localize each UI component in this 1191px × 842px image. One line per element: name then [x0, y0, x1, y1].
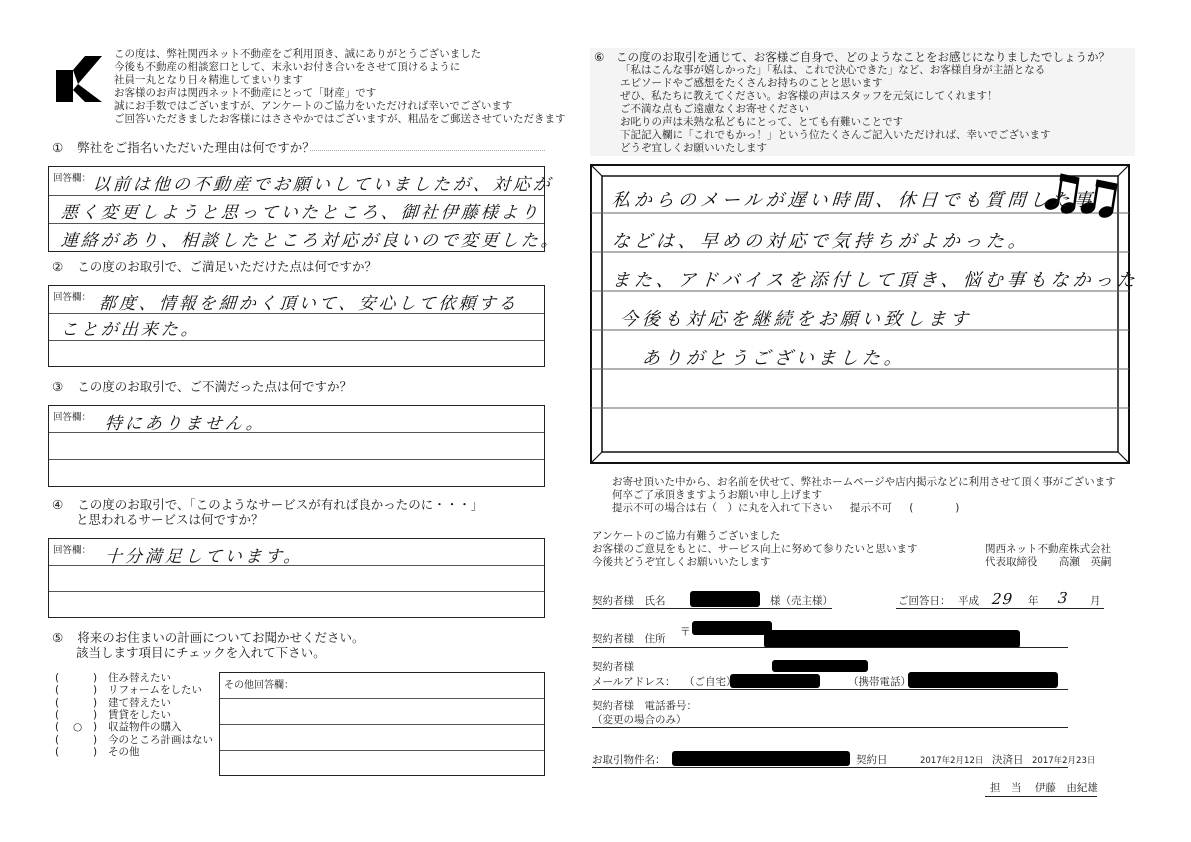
- q6-intro-line: エピソードやご感想をたくさんお持ちのことと思います: [620, 77, 883, 90]
- checkbox-paren-close: ): [93, 746, 97, 758]
- dotted-divider: [310, 150, 545, 151]
- answer-box-q6[interactable]: 私からのメールが遅い時間、休日でも質問した事 などは、早めの対応で気持ちがよかっ…: [590, 164, 1130, 464]
- intro-text: この度は、弊社関西ネット不動産をご利用頂き、誠にありがとうございました 今後も不…: [114, 48, 566, 126]
- phone-underline: [592, 727, 1068, 728]
- ruled-line: [220, 698, 544, 699]
- answer-line: また、アドバイスを添付して頂き、悩む事もなかった: [611, 266, 1140, 292]
- answer-line: 私からのメールが遅い時間、休日でも質問した事: [611, 186, 1096, 212]
- answer-line: 連絡があり、相談したところ対応が良いので変更した。: [60, 226, 562, 251]
- contract-date: 2017年2月12日: [920, 755, 983, 767]
- q6-intro: ⑥ この度のお取引を通じて、お客様ご自身で、どのようなことをお感じになりましたで…: [590, 48, 1135, 156]
- question-5: ⑤ 将来のお住まいの計画についてお聞かせください。: [52, 630, 364, 645]
- q6-intro-line: ぜひ、私たちに教えてください。お客様の声はスタッフを元気にしてくれます！: [620, 90, 998, 103]
- question-number: ①: [52, 140, 63, 155]
- redacted-property-name: [672, 751, 850, 766]
- question-2: ② この度のお取引で、ご満足いただけた点は何ですか？: [52, 259, 377, 274]
- option-label: 収益物件の購入: [108, 721, 182, 733]
- staff-label: 担 当: [990, 782, 1022, 794]
- intro-line: お客様のお声は関西ネット不動産にとって「財産」です: [114, 87, 566, 100]
- representative: 代表取締役 高瀬 英嗣: [985, 556, 1111, 569]
- representative-title: 代表取締役: [985, 556, 1038, 568]
- q6-intro-line: ご不満な点もご遠慮なくお寄せください: [620, 103, 809, 116]
- checkbox-paren-open: (: [55, 709, 59, 721]
- answer-line: 悪く変更しようと思っていたところ、御社伊藤様より: [60, 198, 542, 223]
- thanks-line: お客様のご意見をもとに、サービス向上に努めて参りたいと思います: [592, 543, 918, 556]
- redacted-address: [764, 630, 1020, 648]
- redacted-postal-code: [692, 621, 772, 635]
- answer-line: 都度、情報を細かく頂いて、安心して依頼する: [98, 289, 519, 314]
- email-label-1: 契約者様: [592, 661, 634, 674]
- ruled-line: [49, 340, 544, 341]
- question-text: この度のお取引で、ご満足いただけた点は何ですか？: [77, 259, 377, 274]
- checkbox-paren-close: ): [93, 672, 97, 684]
- property-label: お取引物件名：: [592, 754, 666, 767]
- intro-line: 社員一丸となり日々精進してまいります: [114, 74, 566, 87]
- ruled-line: [220, 724, 544, 725]
- publication-notice: お寄せ頂いた中から、お名前を伏せて、弊社ホームページや店内掲示などに利用させて頂…: [612, 476, 1116, 515]
- ruled-line: [49, 459, 544, 460]
- question-text: この度のお取引を通じて、お客様ご自身で、どのようなことをお感じになりましたでしょ…: [616, 50, 1110, 64]
- answer-box-q2[interactable]: 回答欄： 都度、情報を細かく頂いて、安心して依頼する ことが出来た。: [48, 285, 545, 367]
- intro-line: ご回答いただきましたお客様にはささやかではございますが、粗品をご郵送させていただ…: [114, 113, 566, 126]
- thanks-line: アンケートのご協力有難うございました: [592, 530, 918, 543]
- answer-line: ありがとうございました。: [641, 344, 907, 370]
- refuse-label: 提示不可: [850, 502, 892, 514]
- name-suffix: 様（売主様）: [770, 595, 833, 608]
- answer-line: 十分満足しています。: [104, 542, 304, 567]
- question-5-line2: 該当します項目にチェックを入れて下さい。: [76, 645, 326, 660]
- name-label: 契約者様 氏名: [592, 595, 666, 608]
- question-text: この度のお取引で、「このようなサービスが有れば良かったのに・・・」: [77, 497, 483, 512]
- settlement-date: 2017年2月23日: [1032, 755, 1095, 767]
- answer-line: 特にありません。: [104, 409, 267, 434]
- intro-line: 誠にお手数ではございますが、アンケートのご協力をいただければ幸いでございます: [114, 100, 566, 113]
- checkbox-paren-open: (: [55, 684, 59, 696]
- phone-note: （変更の場合のみ）: [592, 714, 687, 727]
- refuse-checkbox[interactable]: ( ): [909, 502, 959, 514]
- address-label: 契約者様 住所: [592, 633, 666, 646]
- question-text: この度のお取引で、ご不満だった点は何ですか？: [77, 379, 352, 394]
- question-text: 弊社をご指名いただいた理由は何ですか？: [77, 140, 315, 155]
- name-underline: [592, 608, 832, 609]
- representative-name: 高瀬 英嗣: [1059, 556, 1112, 568]
- question-number: ⑥: [594, 50, 604, 64]
- question-number: ⑤: [52, 630, 63, 645]
- option-label: 住み替えたい: [108, 672, 171, 684]
- ruled-line: [220, 750, 544, 751]
- intro-line: 今後も不動産の相談窓口として、末永いお付き合いをさせて頂けるように: [114, 61, 566, 74]
- contract-date-label: 契約日: [856, 754, 888, 767]
- ruled-line: [49, 591, 544, 592]
- notice-refuse-row: 提示不可の場合は右（ ）に丸を入れて下さい 提示不可 ( ): [612, 502, 1116, 515]
- question-text: 将来のお住まいの計画についてお聞かせください。: [77, 630, 364, 645]
- question-4-line2: と思われるサービスは何ですか？: [76, 512, 264, 527]
- month-unit: 月: [1090, 595, 1101, 608]
- question-4: ④ この度のお取引で、「このようなサービスが有れば良かったのに・・・」: [52, 497, 483, 512]
- checkbox-paren-open: (: [55, 734, 59, 746]
- email-label-2: メールアドレス：: [592, 676, 675, 689]
- answer-label: 回答欄：: [53, 170, 91, 184]
- answer-month[interactable]: 3: [1057, 589, 1071, 607]
- question-number: ②: [52, 259, 63, 274]
- answer-line: などは、早めの対応で気持ちがよかった。: [611, 227, 1031, 253]
- postal-mark: 〒: [680, 626, 691, 639]
- option-label: 賃貸をしたい: [108, 709, 171, 721]
- staff: 担 当 伊藤 由紀雄: [990, 782, 1098, 795]
- question-1: ① 弊社をご指名いただいた理由は何ですか？: [52, 140, 315, 155]
- q6-intro-line: お叱りの声は未熟な私どもにとって、とても有難いことです: [620, 116, 903, 129]
- ruled-line: [49, 223, 544, 224]
- home-label: （ご自宅）: [684, 676, 737, 689]
- address-underline: [592, 647, 1068, 648]
- answer-box-q4[interactable]: 回答欄： 十分満足しています。: [48, 538, 545, 618]
- notice-line: お寄せ頂いた中から、お名前を伏せて、弊社ホームページや店内掲示などに利用させて頂…: [612, 476, 1116, 489]
- ruled-line: [49, 195, 544, 196]
- staff-underline: [985, 796, 1097, 797]
- phone-label: 契約者様 電話番号：: [592, 700, 697, 713]
- mobile-label: （携帯電話）: [848, 676, 911, 689]
- redacted-email-mobile: [908, 672, 1058, 688]
- checkbox-paren-close: ): [93, 721, 97, 733]
- answer-label: 回答欄：: [53, 289, 91, 303]
- answer-label: 回答欄：: [53, 542, 91, 556]
- thanks-line: 今後共どうぞ宜しくお願いいたします: [592, 556, 918, 569]
- question-number: ④: [52, 497, 63, 512]
- question-number: ③: [52, 379, 63, 394]
- checkbox-paren-close: ): [93, 709, 97, 721]
- refuse-instruction: 提示不可の場合は右（ ）に丸を入れて下さい: [612, 502, 833, 514]
- answer-year[interactable]: 29: [991, 590, 1013, 608]
- q6-intro-line: 下記記入欄に「これでもかっ！」という位たくさんご記入いただければ、幸いでございま…: [620, 129, 1051, 142]
- notice-line: 何卒ご了承頂きますようお願い申し上げます: [612, 489, 1116, 502]
- staff-name: 伊藤 由紀雄: [1035, 782, 1098, 794]
- property-underline: [592, 767, 1068, 768]
- checkbox-paren-open: (: [55, 697, 59, 709]
- answer-box-q1[interactable]: 回答欄： 以前は他の不動産でお願いしていましたが、対応が 悪く変更しようと思って…: [48, 166, 545, 252]
- checkbox-paren-open: (: [55, 672, 59, 684]
- checkbox-paren-open: (: [55, 746, 59, 758]
- checkbox-paren-close: ): [93, 697, 97, 709]
- q6-intro-line: どうぞ宜しくお願いいたします: [620, 142, 767, 155]
- era: 平成: [958, 595, 979, 608]
- check-mark[interactable]: ○: [73, 721, 82, 733]
- redacted-name: [690, 591, 760, 607]
- thanks-message: アンケートのご協力有難うございました お客様のご意見をもとに、サービス向上に努め…: [592, 530, 918, 569]
- option-label: 建て替えたい: [108, 697, 171, 709]
- other-answer-box[interactable]: その他回答欄：: [219, 672, 545, 776]
- answer-line: ことが出来た。: [60, 315, 202, 340]
- answer-line: 今後も対応を継続をお願い致します: [619, 305, 973, 331]
- answer-date-label: ご回答日：: [898, 595, 951, 608]
- year-unit: 年: [1028, 595, 1039, 608]
- question-3: ③ この度のお取引で、ご不満だった点は何ですか？: [52, 379, 352, 394]
- date-underline: [896, 608, 1104, 609]
- email-underline: [592, 689, 1068, 690]
- company-name: 関西ネット不動産株式会社: [985, 543, 1111, 556]
- company-logo: [52, 52, 104, 102]
- answer-label: 回答欄：: [53, 409, 91, 423]
- other-answer-label: その他回答欄：: [224, 676, 294, 691]
- checkbox-paren-close: ): [93, 734, 97, 746]
- option-label: 今のところ計画はない: [108, 734, 213, 746]
- checkbox-paren-open: (: [55, 721, 59, 733]
- redacted-email-home: [730, 674, 820, 688]
- settlement-label: 決済日: [992, 754, 1024, 767]
- answer-line: 以前は他の不動産でお願いしていましたが、対応が: [92, 170, 554, 195]
- intro-line: この度は、弊社関西ネット不動産をご利用頂き、誠にありがとうございました: [114, 48, 566, 61]
- answer-box-q3[interactable]: 回答欄： 特にありません。: [48, 405, 545, 487]
- option-label: リフォームをしたい: [108, 684, 202, 696]
- q6-intro-line: 「私はこんな事が嬉しかった」「私は、これで決心できた」など、お客様自身が主語とな…: [620, 64, 1045, 77]
- checkbox-paren-close: ): [93, 684, 97, 696]
- k-logo-icon: [52, 52, 104, 102]
- redacted-email-top: [772, 660, 868, 672]
- option-label: その他: [108, 746, 140, 758]
